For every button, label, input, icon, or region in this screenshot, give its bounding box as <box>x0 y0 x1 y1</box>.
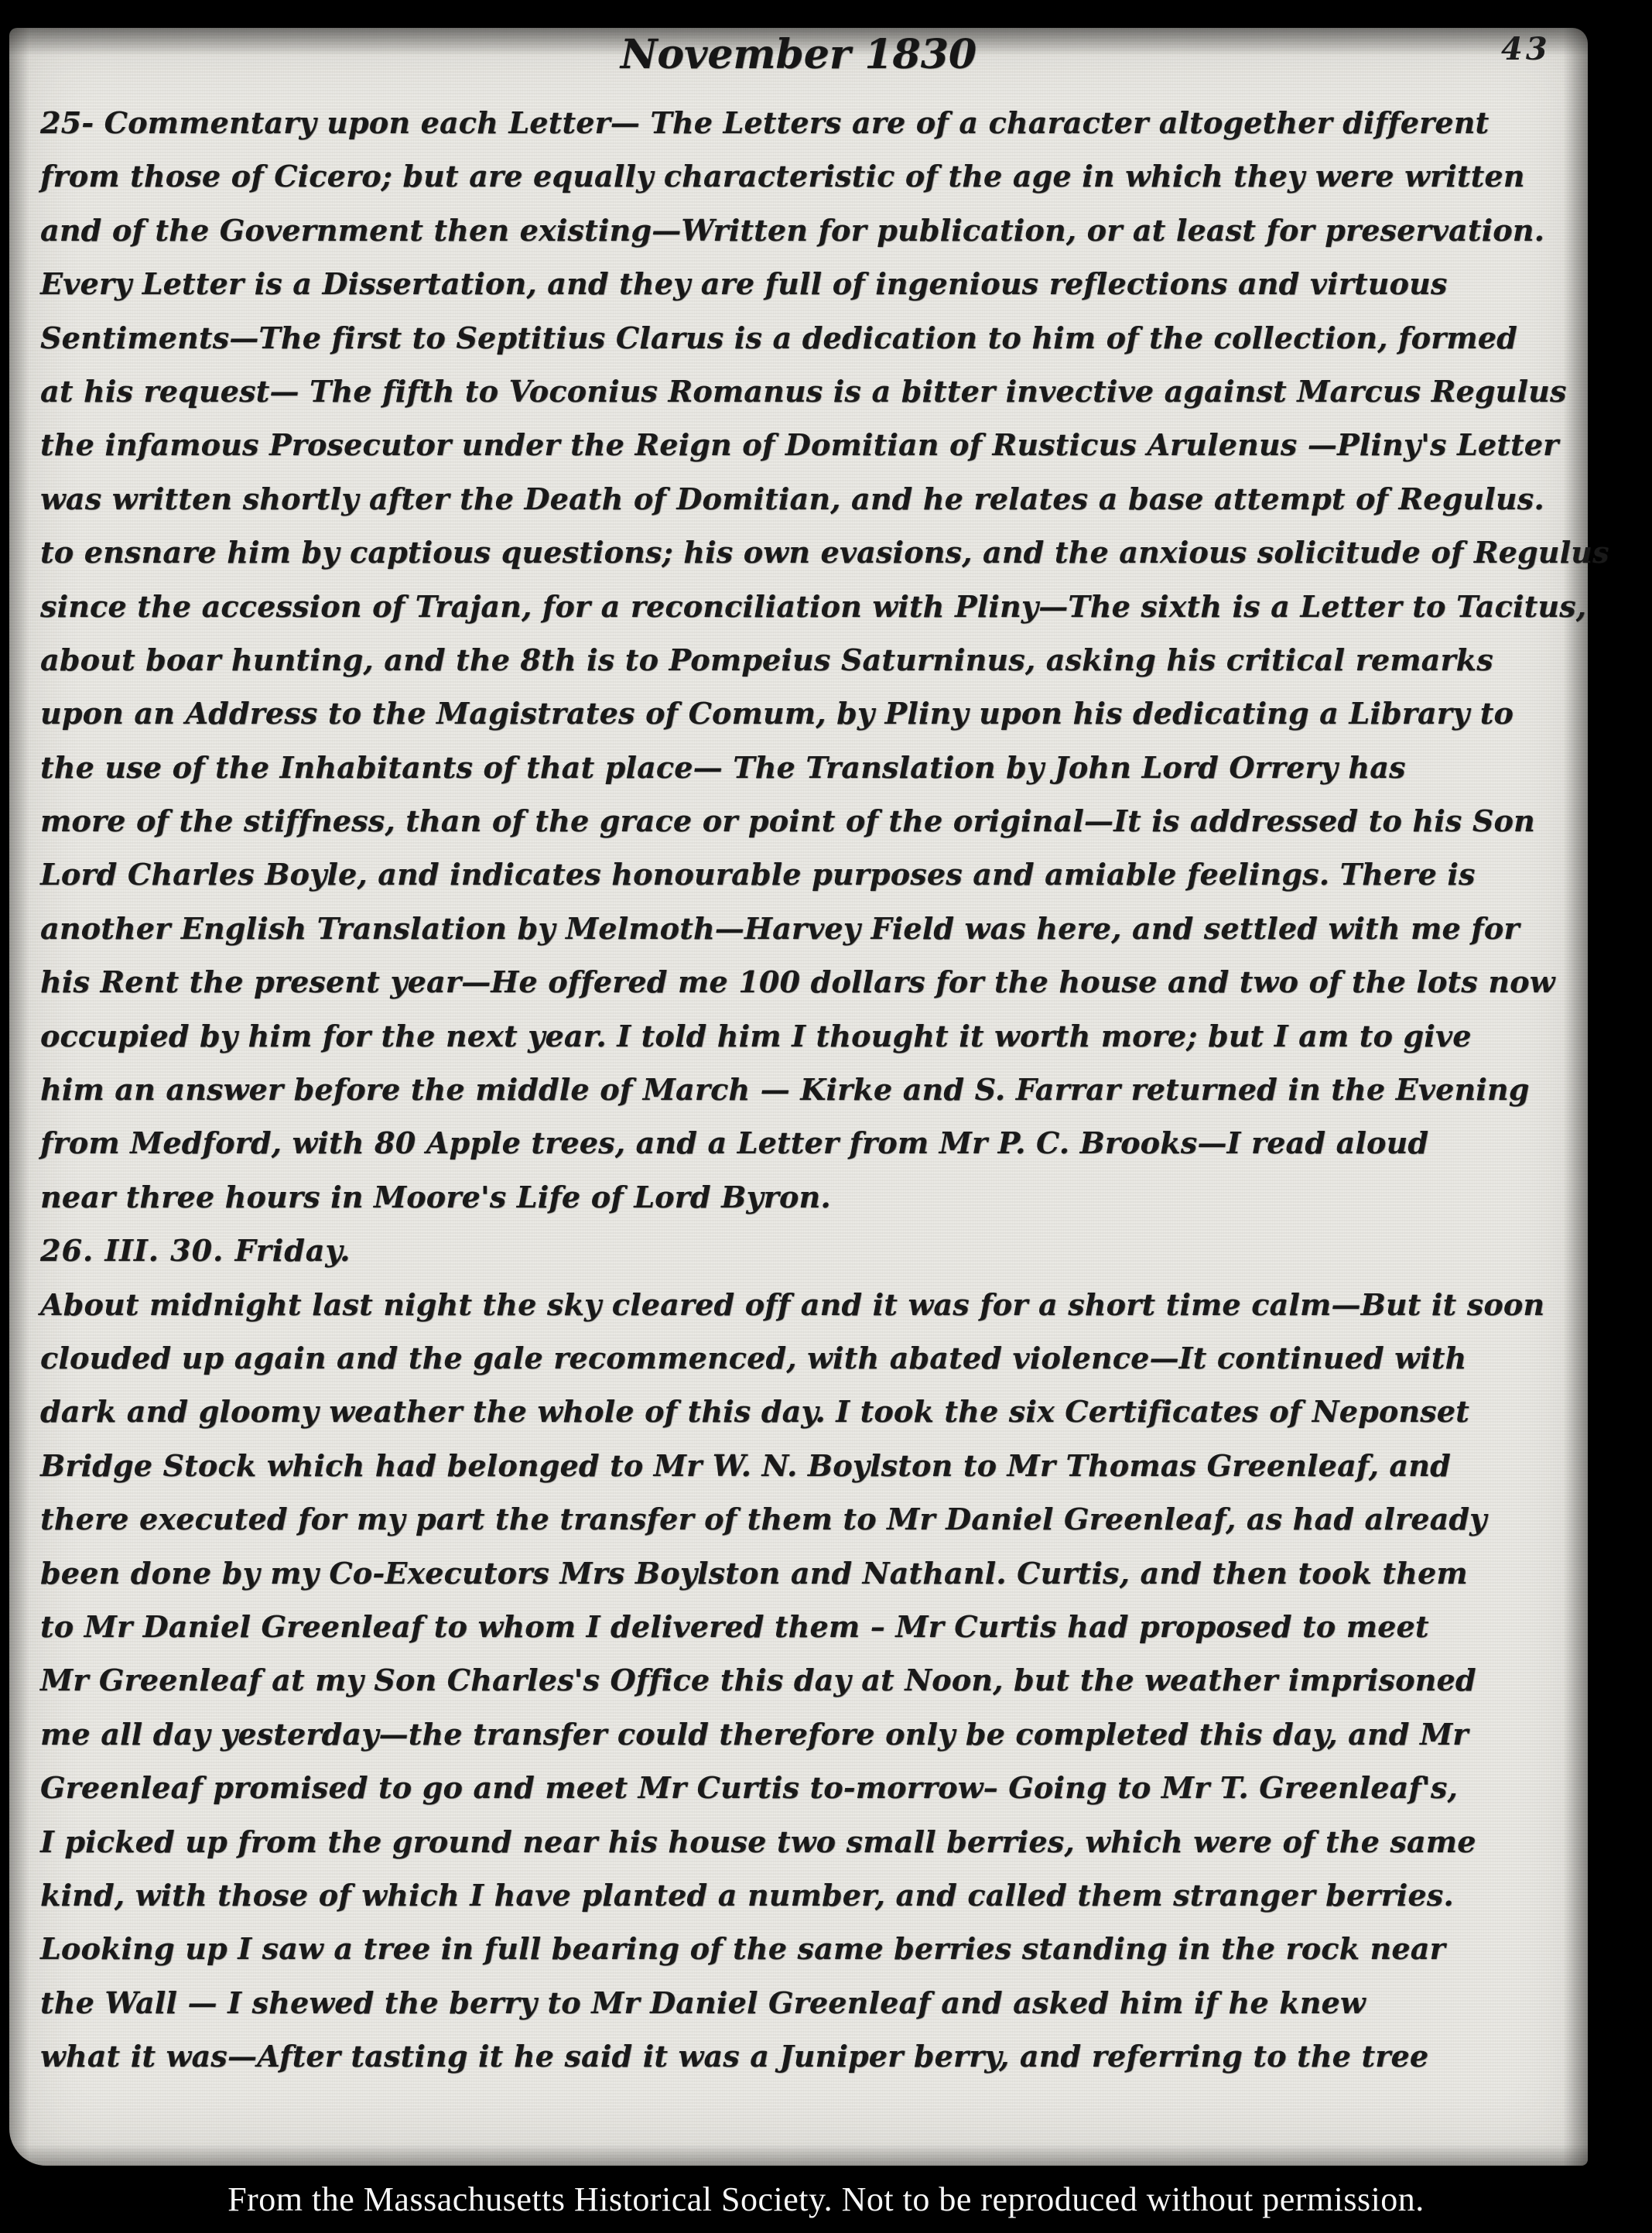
entry-date-heading: 26. III. 30. Friday. <box>40 1224 1588 1277</box>
manuscript-line: another English Translation by Melmoth—H… <box>40 902 1588 955</box>
manuscript-line: kind, with those of which I have planted… <box>40 1868 1588 1922</box>
manuscript-line: what it was—After tasting it he said it … <box>40 2029 1588 2083</box>
footer-credit-band: From the Massachusetts Historical Societ… <box>0 2166 1652 2233</box>
manuscript-line: About midnight last night the sky cleare… <box>40 1278 1588 1331</box>
manuscript-line: him an answer before the middle of March… <box>40 1063 1588 1116</box>
manuscript-body: 25- Commentary upon each Letter— The Let… <box>40 96 1588 2083</box>
manuscript-line: Every Letter is a Dissertation, and they… <box>40 257 1588 310</box>
manuscript-line: 25- Commentary upon each Letter— The Let… <box>40 96 1588 149</box>
manuscript-line: the use of the Inhabitants of that place… <box>40 741 1588 794</box>
manuscript-line: Looking up I saw a tree in full bearing … <box>40 1922 1588 1975</box>
manuscript-line: Sentiments—The first to Septitius Clarus… <box>40 311 1588 365</box>
manuscript-line: Greenleaf promised to go and meet Mr Cur… <box>40 1761 1588 1814</box>
footer-credit-text: From the Massachusetts Historical Societ… <box>227 2180 1425 2219</box>
manuscript-line: about boar hunting, and the 8th is to Po… <box>40 633 1588 687</box>
manuscript-line: the infamous Prosecutor under the Reign … <box>40 418 1588 471</box>
manuscript-line: was written shortly after the Death of D… <box>40 472 1588 526</box>
manuscript-line: upon an Address to the Magistrates of Co… <box>40 687 1588 740</box>
manuscript-line: I picked up from the ground near his hou… <box>40 1815 1588 1868</box>
manuscript-line: Lord Charles Boyle, and indicates honour… <box>40 848 1588 901</box>
manuscript-line: his Rent the present year—He offered me … <box>40 955 1588 1009</box>
manuscript-line: to Mr Daniel Greenleaf to whom I deliver… <box>40 1600 1588 1653</box>
manuscript-line: from Medford, with 80 Apple trees, and a… <box>40 1116 1588 1170</box>
manuscript-line: Bridge Stock which had belonged to Mr W.… <box>40 1439 1588 1492</box>
manuscript-line: from those of Cicero; but are equally ch… <box>40 149 1588 203</box>
manuscript-line: and of the Government then existing—Writ… <box>40 204 1588 257</box>
header-date: November 1830 <box>9 31 1588 78</box>
manuscript-line: there executed for my part the transfer … <box>40 1492 1588 1546</box>
manuscript-line: Mr Greenleaf at my Son Charles's Office … <box>40 1653 1588 1707</box>
manuscript-line: occupied by him for the next year. I tol… <box>40 1009 1588 1063</box>
manuscript-line: to ensnare him by captious questions; hi… <box>40 526 1588 579</box>
manuscript-line: at his request— The fifth to Voconius Ro… <box>40 365 1588 418</box>
manuscript-line: me all day yesterday—the transfer could … <box>40 1707 1588 1761</box>
manuscript-line: been done by my Co-Executors Mrs Boylsto… <box>40 1546 1588 1600</box>
manuscript-line: near three hours in Moore's Life of Lord… <box>40 1170 1588 1224</box>
manuscript-line: since the accession of Trajan, for a rec… <box>40 580 1588 633</box>
manuscript-line: dark and gloomy weather the whole of thi… <box>40 1385 1588 1438</box>
manuscript-line: clouded up again and the gale recommence… <box>40 1331 1588 1385</box>
manuscript-line: more of the stiffness, than of the grace… <box>40 794 1588 848</box>
manuscript-line: the Wall — I shewed the berry to Mr Dani… <box>40 1976 1588 2029</box>
